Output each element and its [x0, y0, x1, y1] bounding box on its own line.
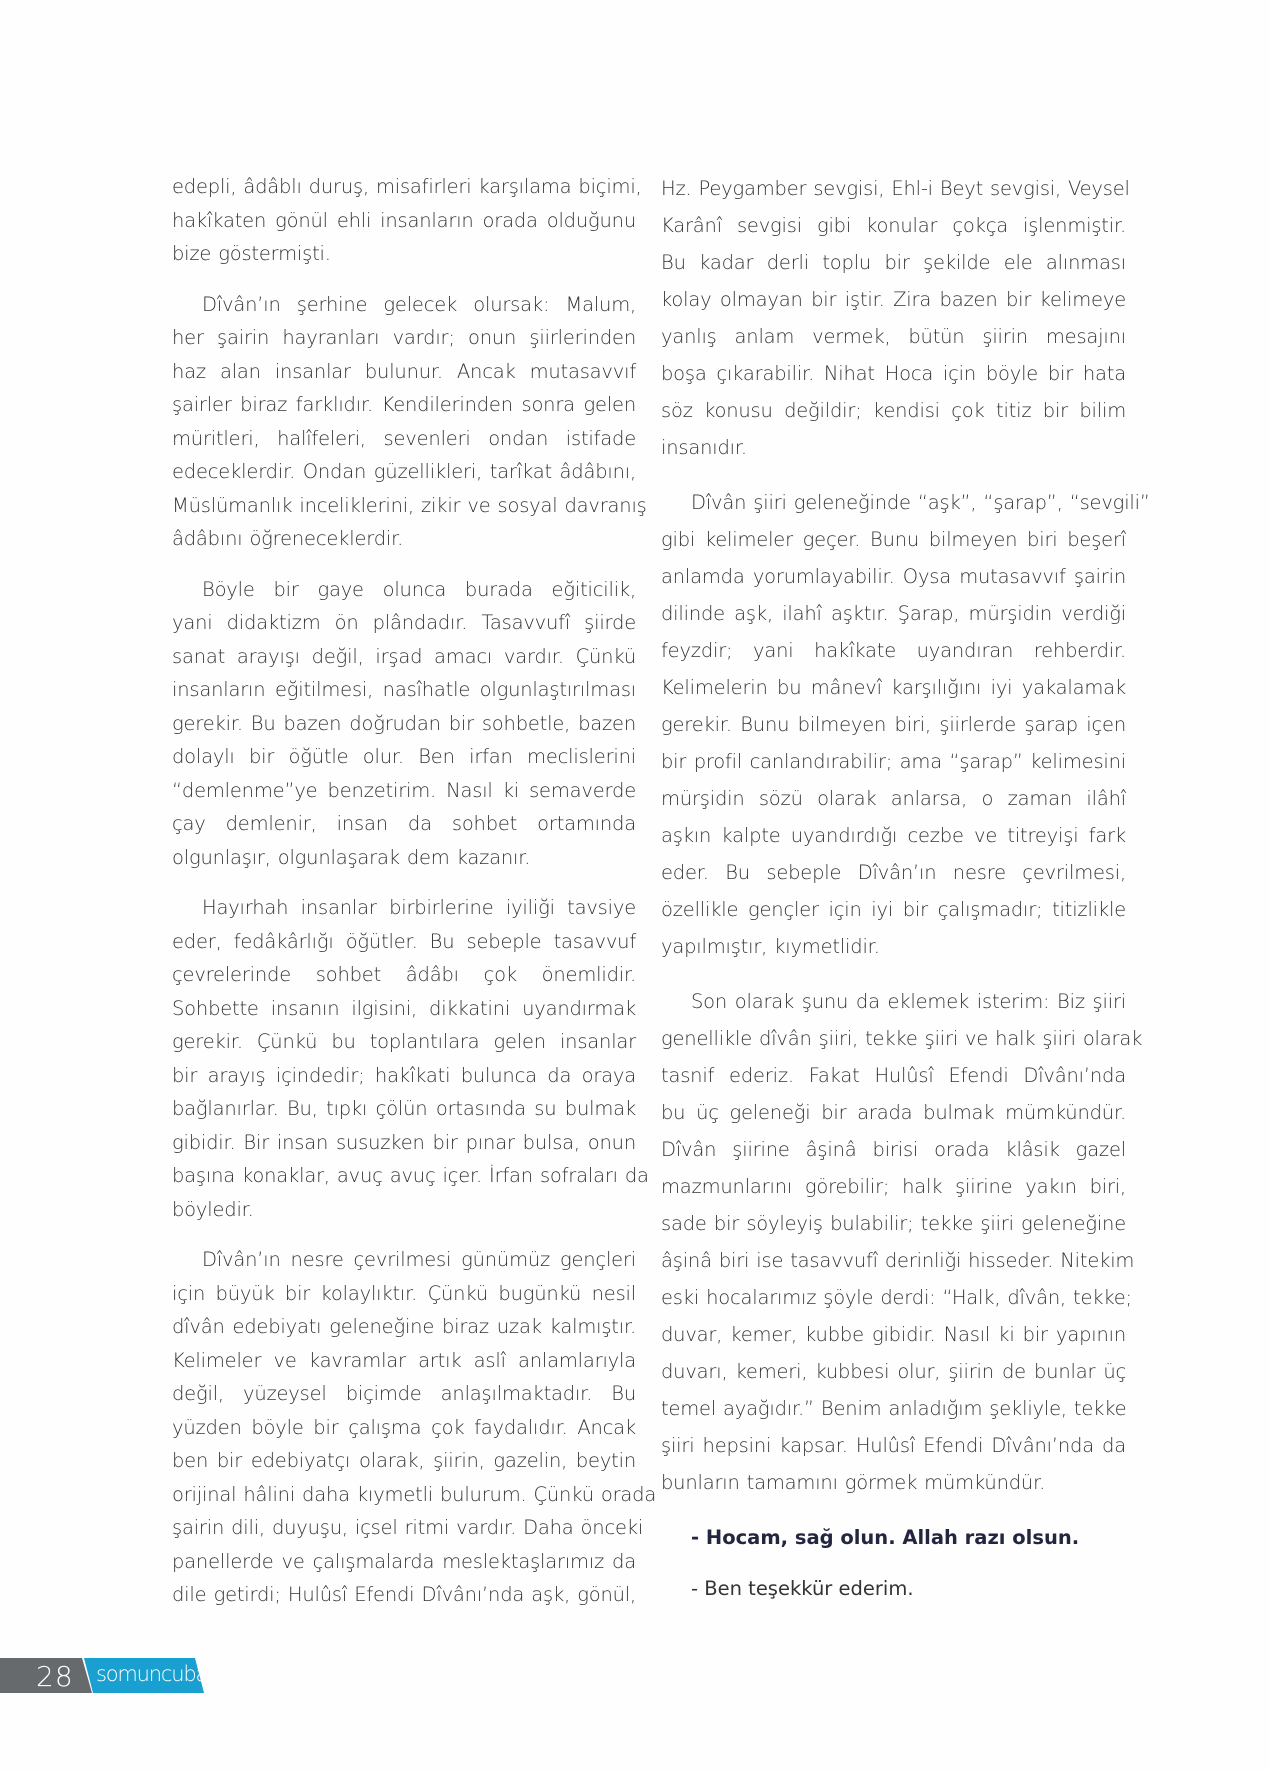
text-line: Hayırhah insanlar birbirlerine iyiliği t… [172, 891, 636, 925]
text-line: mazmunlarını görebilir; halk şiirine yak… [661, 1168, 1126, 1205]
text-line: Dîvân’ın şerhine gelecek olursak: Malum, [172, 288, 636, 322]
text-line: çay demlenir, insan da sohbet ortamında [172, 807, 636, 841]
text-line: bize göstermişti. [172, 237, 636, 271]
text-line: temel ayağıdır.” Benim anladığım şekliyl… [661, 1390, 1126, 1427]
text-line: söz konusu değildir; kendisi çok titiz b… [661, 392, 1126, 429]
text-line: eder, fedâkârlığı öğütler. Bu sebeple ta… [172, 925, 636, 959]
text-line: sanat arayışı değil, irşad amacı vardır.… [172, 640, 636, 674]
text-line: bu üç geleneği bir arada bulmak mümkündü… [661, 1094, 1126, 1131]
text-line: dile getirdi; Hulûsî Efendi Dîvânı’nda a… [172, 1578, 636, 1612]
paragraph: Hz. Peygamber sevgisi, Ehl-i Beyt sevgis… [661, 170, 1126, 466]
text-line: müritleri, halîfeleri, sevenleri ondan i… [172, 422, 636, 456]
page-number: 28 [36, 1659, 74, 1694]
text-line: sade bir söyleyiş bulabilir; tekke şiiri… [661, 1205, 1126, 1242]
text-line: duvar, kemer, kubbe gibidir. Nasıl ki bi… [661, 1316, 1126, 1353]
text-line: Son olarak şunu da eklemek isterim: Biz … [661, 983, 1126, 1020]
text-line: eski hocalarımız şöyle derdi: “Halk, dîv… [661, 1279, 1126, 1316]
text-line: Bu kadar derli toplu bir şekilde ele alı… [661, 244, 1126, 281]
text-line: olgunlaşır, olgunlaşarak dem kazanır. [172, 841, 636, 875]
text-line: gerekir. Çünkü bu toplantılara gelen ins… [172, 1025, 636, 1059]
text-line: âdâbını öğreneceklerdir. [172, 522, 636, 556]
text-line: anlamda yorumlayabilir. Oysa mutasavvıf … [661, 558, 1126, 595]
text-line: Sohbette insanın ilgisini, dikkatini uya… [172, 992, 636, 1026]
paragraph: Son olarak şunu da eklemek isterim: Biz … [661, 983, 1126, 1501]
text-line: insanıdır. [661, 429, 1126, 466]
text-line: duvarı, kemeri, kubbesi olur, şiirin de … [661, 1353, 1126, 1390]
text-line: yani didaktizm ön plândadır. Tasavvufî ş… [172, 606, 636, 640]
text-line: dolaylı bir öğütle olur. Ben irfan mecli… [172, 740, 636, 774]
text-line: aşkın kalpte uyandırdığı cezbe ve titrey… [661, 817, 1126, 854]
text-line: başına konaklar, avuç avuç içer. İrfan s… [172, 1159, 636, 1193]
text-line: edepli, âdâblı duruş, misafirleri karşıl… [172, 170, 636, 204]
text-line: değil, yüzeysel biçimde anlaşılmaktadır.… [172, 1377, 636, 1411]
text-line: Karânî sevgisi gibi konular çokça işlenm… [661, 207, 1126, 244]
text-line: için büyük bir kolaylıktır. Çünkü bugünk… [172, 1277, 636, 1311]
page-footer: 28 somuncubaba [0, 1658, 210, 1693]
text-line: bir arayış içindedir; hakîkati bulunca d… [172, 1059, 636, 1093]
dialogue-question: - Hocam, sağ olun. Allah razı olsun. [661, 1519, 1126, 1556]
text-line: Kelimeler ve kavramlar artık aslî anlaml… [172, 1344, 636, 1378]
text-line: her şairin hayranları vardır; onun şiirl… [172, 321, 636, 355]
text-line: şairler biraz farklıdır. Kendilerinden s… [172, 388, 636, 422]
right-column: Hz. Peygamber sevgisi, Ehl-i Beyt sevgis… [661, 170, 1126, 1607]
text-line: insanların eğitilmesi, nasîhatle olgunla… [172, 673, 636, 707]
text-line: dilinde aşk, ilahî aşktır. Şarap, mürşid… [661, 595, 1126, 632]
text-line: kolay olmayan bir iştir. Zira bazen bir … [661, 281, 1126, 318]
text-line: Müslümanlık inceliklerini, zikir ve sosy… [172, 489, 636, 523]
paragraph: Böyle bir gaye olunca burada eğiticilik,… [172, 573, 636, 875]
text-line: hakîkaten gönül ehli insanların orada ol… [172, 204, 636, 238]
dialogue-answer: - Ben teşekkür ederim. [661, 1570, 1126, 1607]
text-line: çevrelerinde sohbet âdâbı çok önemlidir. [172, 958, 636, 992]
text-line: “demlenme”ye benzetirim. Nasıl ki semave… [172, 774, 636, 808]
text-line: gibi kelimeler geçer. Bunu bilmeyen biri… [661, 521, 1126, 558]
text-line: bir profil canlandırabilir; ama “şarap” … [661, 743, 1126, 780]
paragraph: Hayırhah insanlar birbirlerine iyiliği t… [172, 891, 636, 1226]
text-line: eder. Bu sebeple Dîvân’ın nesre çevrilme… [661, 854, 1126, 891]
text-line: Kelimelerin bu mânevî karşılığını iyi ya… [661, 669, 1126, 706]
text-line: Dîvân şiiri geleneğinde “aşk”, “şarap”, … [661, 484, 1126, 521]
text-line: bağlanırlar. Bu, tıpkı çölün ortasında s… [172, 1092, 636, 1126]
text-line: yüzden böyle bir çalışma çok faydalıdır.… [172, 1411, 636, 1445]
text-line: genellikle dîvân şiiri, tekke şiiri ve h… [661, 1020, 1126, 1057]
text-line: orijinal hâlini daha kıymetli bulurum. Ç… [172, 1478, 636, 1512]
text-line: mürşidin sözü olarak anlarsa, o zaman il… [661, 780, 1126, 817]
text-line: âşinâ biri ise tasavvufî derinliği hisse… [661, 1242, 1126, 1279]
text-line: ben bir edebiyatçı olarak, şiirin, gazel… [172, 1444, 636, 1478]
paragraph: Dîvân’ın şerhine gelecek olursak: Malum,… [172, 288, 636, 556]
text-line: boşa çıkarabilir. Nihat Hoca için böyle … [661, 355, 1126, 392]
paragraph: Dîvân şiiri geleneğinde “aşk”, “şarap”, … [661, 484, 1126, 965]
text-line: gerekir. Bu bazen doğrudan bir sohbetle,… [172, 707, 636, 741]
text-line: bunların tamamını görmek mümkündür. [661, 1464, 1126, 1501]
text-line: panellerde ve çalışmalarda meslektaşları… [172, 1545, 636, 1579]
text-line: böyledir. [172, 1193, 636, 1227]
text-line: feyzdir; yani hakîkate uyandıran rehberd… [661, 632, 1126, 669]
text-line: gerekir. Bunu bilmeyen biri, şiirlerde ş… [661, 706, 1126, 743]
left-column: edepli, âdâblı duruş, misafirleri karşıl… [172, 170, 636, 1629]
text-line: yapılmıştır, kıymetlidir. [661, 928, 1126, 965]
magazine-brand: somuncubaba [96, 1658, 231, 1691]
text-line: haz alan insanlar bulunur. Ancak mutasav… [172, 355, 636, 389]
right-column-paragraphs: Hz. Peygamber sevgisi, Ehl-i Beyt sevgis… [661, 170, 1126, 1501]
text-line: edeceklerdir. Ondan güzellikleri, tarîka… [172, 455, 636, 489]
text-line: dîvân edebiyatı geleneğine biraz uzak ka… [172, 1310, 636, 1344]
text-line: Hz. Peygamber sevgisi, Ehl-i Beyt sevgis… [661, 170, 1126, 207]
text-line: şiiri hepsini kapsar. Hulûsî Efendi Dîvâ… [661, 1427, 1126, 1464]
paragraph: Dîvân’ın nesre çevrilmesi günümüz gençle… [172, 1243, 636, 1612]
text-line: Dîvân şiirine âşinâ birisi orada klâsik … [661, 1131, 1126, 1168]
paragraph: edepli, âdâblı duruş, misafirleri karşıl… [172, 170, 636, 271]
text-line: gibidir. Bir insan susuzken bir pınar bu… [172, 1126, 636, 1160]
text-line: tasnif ederiz. Fakat Hulûsî Efendi Dîvân… [661, 1057, 1126, 1094]
text-line: Böyle bir gaye olunca burada eğiticilik, [172, 573, 636, 607]
text-line: yanlış anlam vermek, bütün şiirin mesajı… [661, 318, 1126, 355]
text-line: Dîvân’ın nesre çevrilmesi günümüz gençle… [172, 1243, 636, 1277]
text-line: özellikle gençler için iyi bir çalışmadı… [661, 891, 1126, 928]
text-line: şairin dili, duyuşu, içsel ritmi vardır.… [172, 1511, 636, 1545]
